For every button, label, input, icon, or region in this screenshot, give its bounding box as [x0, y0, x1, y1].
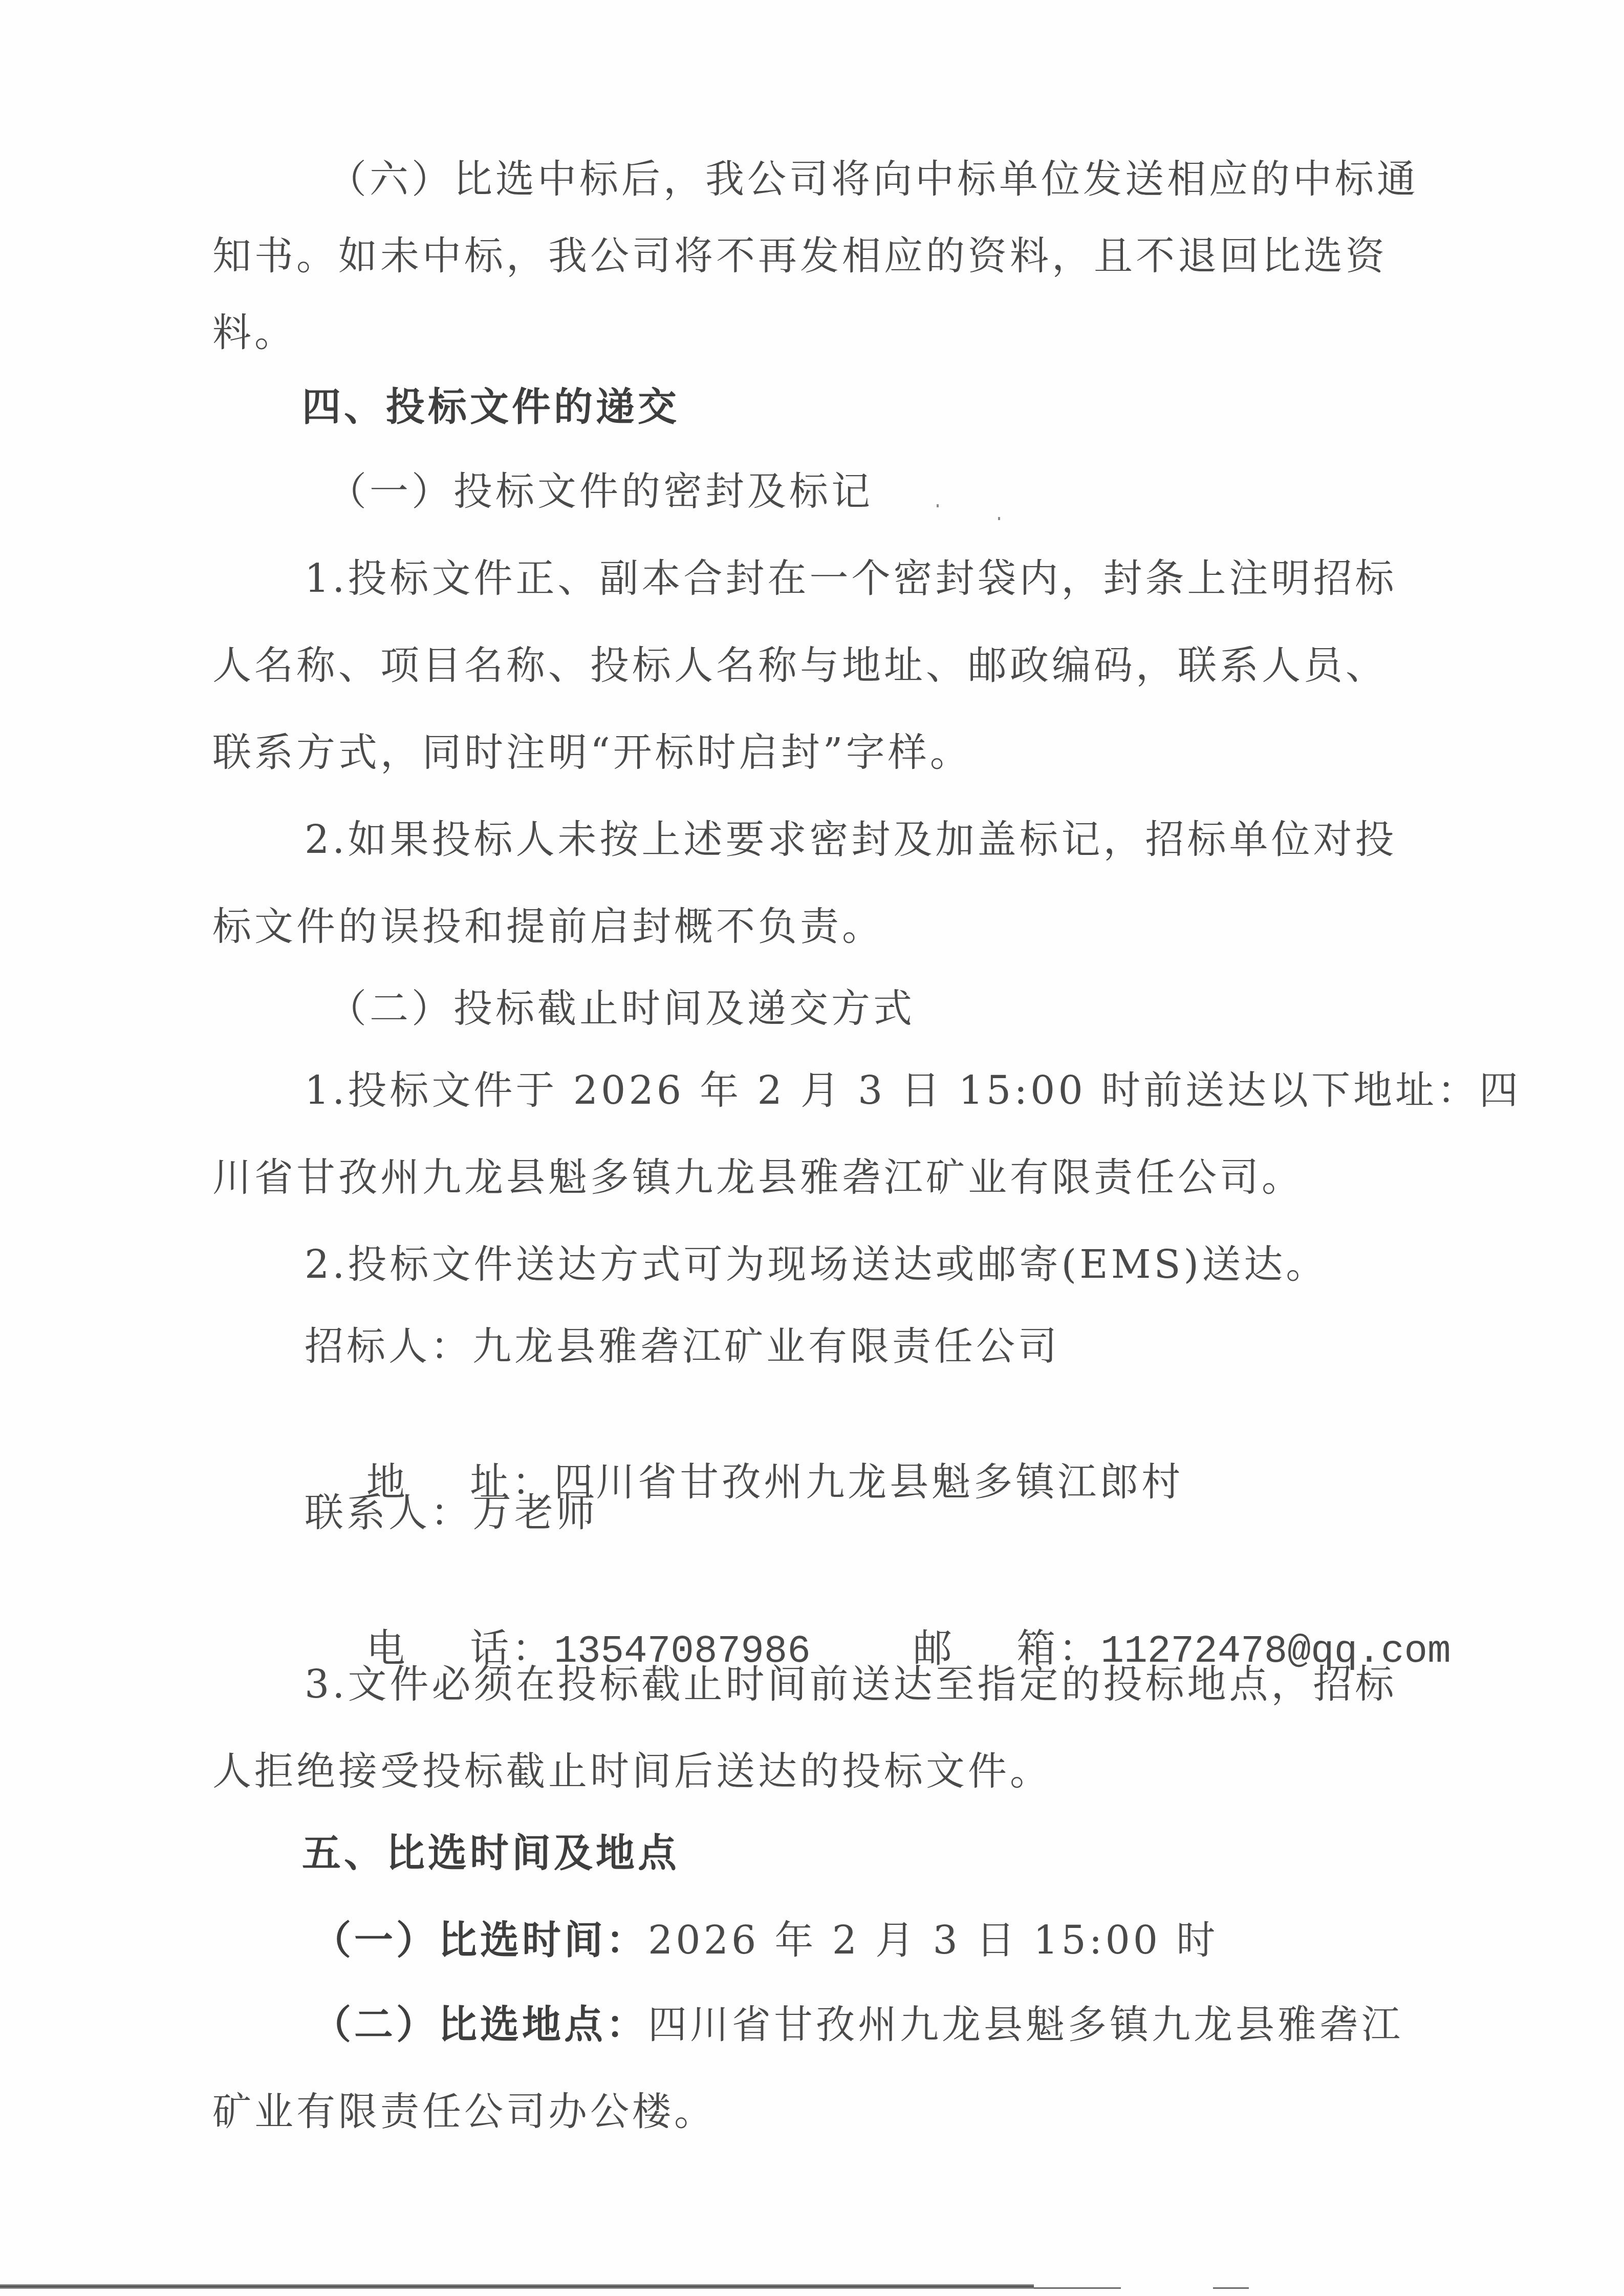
sub1-item-1-line-1: 1.投标文件正、副本合封在一个密封袋内，封条上注明招标 [305, 553, 1397, 604]
footer-rule-tail [1213, 2287, 1249, 2289]
tenderer-value: 九龙县雅砻江矿业有限责任公司 [472, 1323, 1060, 1369]
scan-artifact-speck [998, 517, 1000, 520]
footer-rule-tail [1034, 2287, 1121, 2289]
subsection-heading-2: （二）投标截止时间及递交方式 [328, 983, 915, 1034]
scan-artifact-speck [937, 504, 939, 507]
paragraph-item-6-line-2: 知书。如未中标，我公司将不再发相应的资料，且不退回比选资 [212, 230, 1388, 282]
sub1-item-1-line-2: 人名称、项目名称、投标人名称与地址、邮政编码，联系人员、 [212, 640, 1388, 691]
section-heading-4: 四、投标文件的递交 [302, 381, 680, 433]
sub1-item-2-line-2: 标文件的误投和提前启封概不负责。 [212, 901, 884, 952]
selection-place-label: （二）比选地点： [312, 2002, 648, 2047]
sub2-item-1-line-2: 川省甘孜州九龙县魁多镇九龙县雅砻江矿业有限责任公司。 [212, 1152, 1304, 1203]
selection-place-value-line-2: 矿业有限责任公司办公楼。 [212, 2086, 716, 2137]
tenderer-label: 招标人： [305, 1323, 472, 1369]
paragraph-item-6-line-1: （六）比选中标后，我公司将向中标单位发送相应的中标通 [328, 154, 1419, 205]
selection-place-row: （二）比选地点：四川省甘孜州九龙县魁多镇九龙县雅砻江 [312, 1999, 1403, 2050]
address-value: 四川省甘孜州九龙县魁多镇江郎村 [554, 1459, 1183, 1505]
contact-person-value: 万老师 [472, 1490, 598, 1535]
sub2-item-3-line-2: 人拒绝接受投标截止时间后送达的投标文件。 [212, 1746, 1052, 1797]
contact-person-label: 联系人： [305, 1490, 472, 1535]
tenderer-row: 招标人：九龙县雅砻江矿业有限责任公司 [305, 1321, 1060, 1372]
selection-place-value-line-1: 四川省甘孜州九龙县魁多镇九龙县雅砻江 [648, 2002, 1403, 2047]
sub2-item-2: 2.投标文件送达方式可为现场送达或邮寄(EMS)送达。 [305, 1239, 1328, 1290]
footer-rule [0, 2284, 1034, 2289]
scanned-document-page: （六）比选中标后，我公司将向中标单位发送相应的中标通 知书。如未中标，我公司将不… [0, 0, 1624, 2296]
sub1-item-2-line-1: 2.如果投标人未按上述要求密封及加盖标记，招标单位对投 [305, 814, 1397, 865]
section-heading-5: 五、比选时间及地点 [302, 1828, 680, 1879]
contact-person-row: 联系人：万老师 [305, 1487, 598, 1538]
selection-time-label: （一）比选时间： [312, 1917, 648, 1963]
sub2-item-3-line-1: 3.文件必须在投标截止时间前送达至指定的投标地点，招标 [305, 1659, 1397, 1710]
selection-time-value: 2026 年 2 月 3 日 15:00 时 [648, 1917, 1218, 1963]
sub2-item-1-line-1: 1.投标文件于 2026 年 2 月 3 日 15:00 时前送达以下地址：四 [305, 1065, 1521, 1116]
selection-time-row: （一）比选时间：2026 年 2 月 3 日 15:00 时 [312, 1915, 1218, 1966]
subsection-heading-1: （一）投标文件的密封及标记 [328, 466, 873, 517]
sub1-item-1-line-3: 联系方式，同时注明“开标时启封”字样。 [212, 727, 972, 778]
paragraph-item-6-line-3: 料。 [212, 307, 296, 358]
